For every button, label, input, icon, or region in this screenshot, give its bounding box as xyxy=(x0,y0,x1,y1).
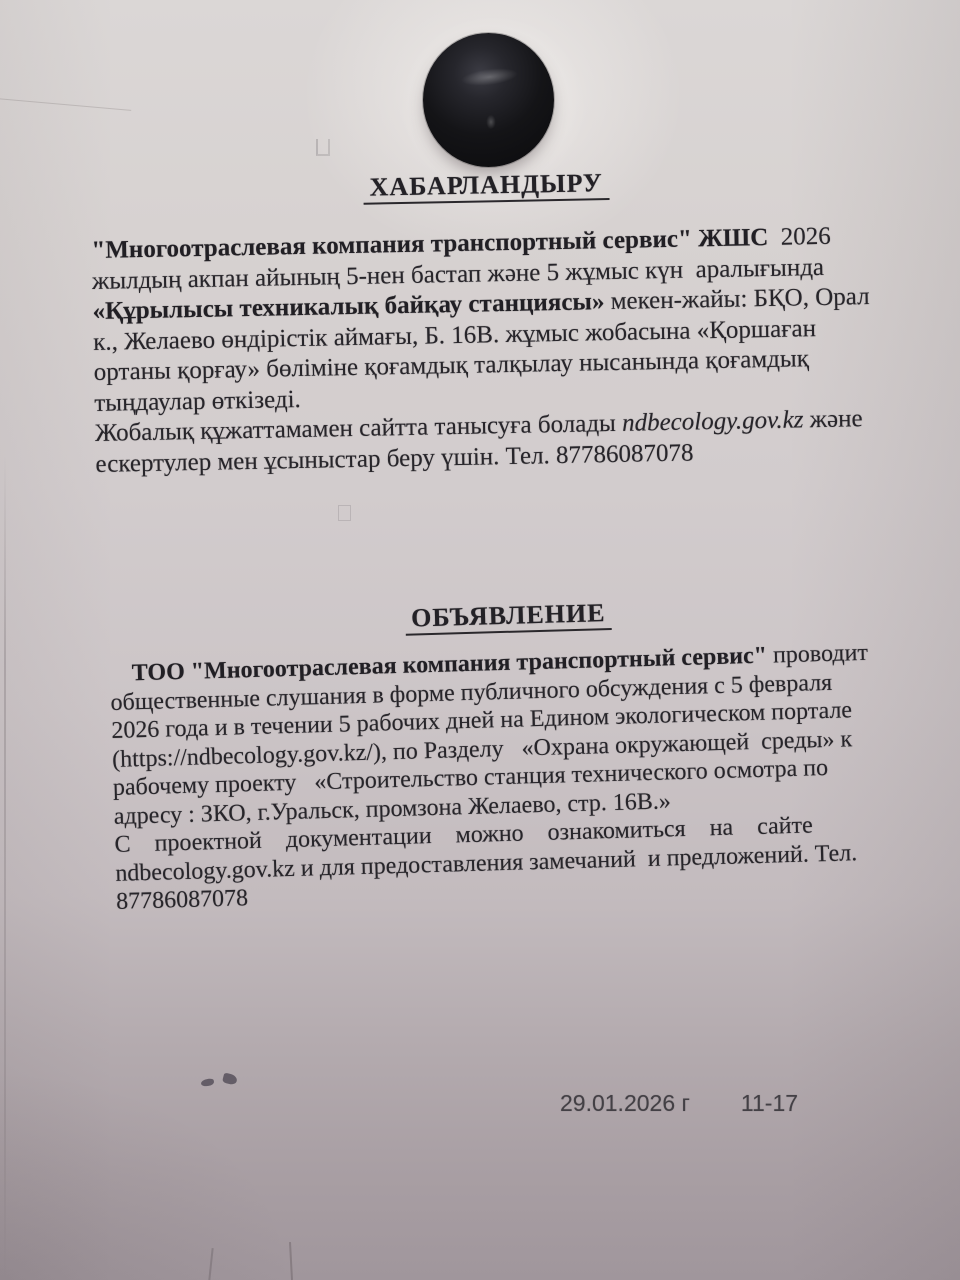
kazakh-title: ХАБАРЛАНДЫРУ xyxy=(90,161,883,210)
text-segment: және xyxy=(803,405,863,433)
kazakh-body: "Многоотраслевая компания транспортный с… xyxy=(91,221,888,480)
paper-edge-seam xyxy=(4,455,6,1280)
kazakh-title-text: ХАБАРЛАНДЫРУ xyxy=(363,168,609,205)
text-segment: ndbecology.gov.kz xyxy=(622,406,804,436)
faint-print-smudge xyxy=(338,505,351,521)
text-segment: тыңдаулар өткізеді. xyxy=(94,385,301,416)
ink-smudge-dot xyxy=(201,1078,215,1087)
ink-smudge-dot xyxy=(222,1072,238,1085)
russian-title: ОБЪЯВЛЕНИЕ xyxy=(108,588,909,644)
paper-crease xyxy=(208,1248,213,1280)
faint-print-smudge xyxy=(316,139,330,156)
russian-announcement: ОБЪЯВЛЕНИЕ ТОО "Многоотраслевая компания… xyxy=(108,588,916,917)
paper-fold-line xyxy=(0,98,131,121)
text-segment: проводит xyxy=(767,640,869,669)
footer-date-line: 29.01.2026 г11-17 xyxy=(560,1090,798,1117)
text-segment: мекен-жайы: БҚО, Орал xyxy=(604,283,870,315)
russian-body: ТОО "Многоотраслевая компания транспортн… xyxy=(109,638,916,917)
russian-title-text: ОБЪЯВЛЕНИЕ xyxy=(405,598,612,636)
notice-photo: ХАБАРЛАНДЫРУ "Многоотраслевая компания т… xyxy=(0,0,960,1280)
date-stamp: 29.01.2026 г xyxy=(560,1090,690,1116)
text-segment: 87786087078 xyxy=(116,885,249,915)
time-stamp: 11-17 xyxy=(741,1090,798,1116)
kazakh-announcement: ХАБАРЛАНДЫРУ "Многоотраслевая компания т… xyxy=(90,161,888,480)
text-segment: 2026 xyxy=(768,223,831,251)
paper-crease xyxy=(289,1242,292,1280)
black-round-magnet xyxy=(423,33,554,167)
